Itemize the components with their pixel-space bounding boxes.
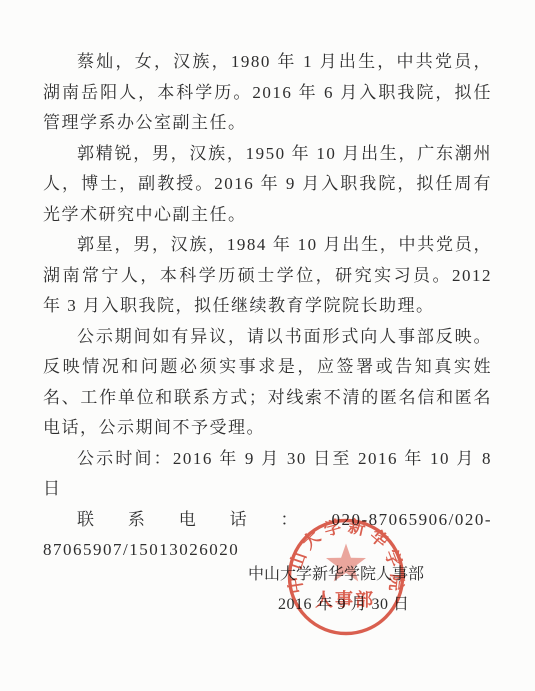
paragraph-objection-notice: 公示期间如有异议，请以书面形式向人事部反映。反映情况和问题必须实事求是，应签署或… [43,322,492,444]
paragraph-cai-can: 蔡灿，女，汉族，1980 年 1 月出生，中共党员，湖南岳阳人，本科学历。201… [43,47,492,139]
document-body: 蔡灿，女，汉族，1980 年 1 月出生，中共党员，湖南岳阳人，本科学历。201… [43,47,492,566]
signature-date: 2016 年 9 月 30 日 [278,590,426,620]
notice-period-line: 公示时间：2016 年 9 月 30 日至 2016 年 10 月 8 日 [43,444,492,505]
signature-organization: 中山大学新华学院人事部 [248,566,424,583]
contact-phone-line: 联系电话：020-87065906/020-87065907/150130260… [43,505,492,566]
signature-block: 中山大学新华学院人事部 2016 年 9 月 30 日 [248,560,426,620]
document-page: 蔡灿，女，汉族，1980 年 1 月出生，中共党员，湖南岳阳人，本科学历。201… [0,0,535,691]
paragraph-guo-jingrui: 郭精锐，男，汉族，1950 年 10 月出生，广东潮州人，博士，副教授。2016… [43,139,492,231]
paragraph-guo-xing: 郭星，男，汉族，1984 年 10 月出生，中共党员，湖南常宁人，本科学历硕士学… [43,230,492,322]
